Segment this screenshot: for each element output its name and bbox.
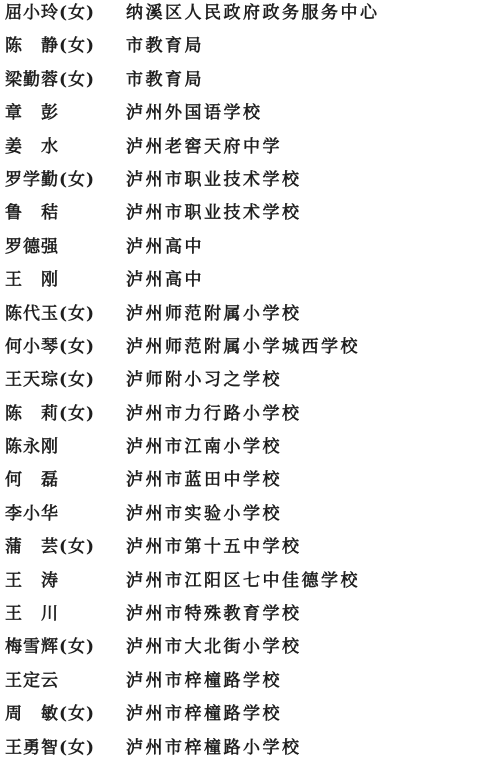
- name-unit-list: 屈小玲(女) 纳溪区人民政府政务服务中心 陈 静(女) 市教育局 梁勤蓉(女) …: [0, 0, 500, 764]
- person-name: 章 彭: [5, 97, 59, 130]
- person-name: 王勇智(女): [5, 732, 95, 764]
- list-item: 陈 静(女) 市教育局: [0, 30, 500, 63]
- person-name: 王 川: [5, 598, 59, 631]
- list-item: 梅雪辉(女) 泸州市大北街小学校: [0, 631, 500, 664]
- list-item: 陈永刚 泸州市江南小学校: [0, 431, 500, 464]
- person-name: 梁勤蓉(女): [5, 64, 95, 97]
- list-item: 李小华 泸州市实验小学校: [0, 498, 500, 531]
- list-item: 王定云 泸州市梓橦路学校: [0, 665, 500, 698]
- list-item: 梁勤蓉(女) 市教育局: [0, 64, 500, 97]
- person-name: 何 磊: [5, 464, 59, 497]
- work-unit: 泸州市梓橦路学校: [126, 665, 282, 698]
- work-unit: 泸州市梓橦路小学校: [126, 732, 302, 764]
- person-name: 罗德强: [5, 231, 59, 264]
- person-name: 屈小玲(女): [5, 0, 95, 30]
- list-item: 王 涛 泸州市江阳区七中佳德学校: [0, 565, 500, 598]
- list-item: 王 川 泸州市特殊教育学校: [0, 598, 500, 631]
- work-unit: 泸州市梓橦路学校: [126, 698, 282, 731]
- person-name: 王 刚: [5, 264, 59, 297]
- work-unit: 泸州市职业技术学校: [126, 197, 302, 230]
- work-unit: 泸州师范附属小学城西学校: [126, 331, 360, 364]
- work-unit: 泸州市实验小学校: [126, 498, 282, 531]
- list-item: 章 彭 泸州外国语学校: [0, 97, 500, 130]
- work-unit: 泸州市江阳区七中佳德学校: [126, 565, 360, 598]
- person-name: 陈永刚: [5, 431, 59, 464]
- list-item: 王勇智(女) 泸州市梓橦路小学校: [0, 732, 500, 764]
- list-item: 何 磊 泸州市蓝田中学校: [0, 464, 500, 497]
- list-item: 鲁 秸 泸州市职业技术学校: [0, 197, 500, 230]
- person-name: 蒲 芸(女): [5, 531, 95, 564]
- person-name: 王天琮(女): [5, 364, 95, 397]
- list-item: 陈 莉(女) 泸州市力行路小学校: [0, 398, 500, 431]
- work-unit: 泸州高中: [126, 264, 204, 297]
- person-name: 鲁 秸: [5, 197, 59, 230]
- list-item: 罗学勤(女) 泸州市职业技术学校: [0, 164, 500, 197]
- person-name: 周 敏(女): [5, 698, 95, 731]
- work-unit: 泸州外国语学校: [126, 97, 263, 130]
- person-name: 罗学勤(女): [5, 164, 95, 197]
- list-item: 陈代玉(女) 泸州师范附属小学校: [0, 298, 500, 331]
- list-item: 周 敏(女) 泸州市梓橦路学校: [0, 698, 500, 731]
- list-item: 王天琮(女) 泸师附小习之学校: [0, 364, 500, 397]
- work-unit: 泸州市特殊教育学校: [126, 598, 302, 631]
- person-name: 陈 莉(女): [5, 398, 95, 431]
- work-unit: 泸州老窖天府中学: [126, 131, 282, 164]
- work-unit: 泸师附小习之学校: [126, 364, 282, 397]
- work-unit: 泸州高中: [126, 231, 204, 264]
- work-unit: 泸州市江南小学校: [126, 431, 282, 464]
- person-name: 李小华: [5, 498, 59, 531]
- person-name: 梅雪辉(女): [5, 631, 95, 664]
- list-item: 姜 水 泸州老窖天府中学: [0, 131, 500, 164]
- person-name: 王定云: [5, 665, 59, 698]
- work-unit: 泸州市第十五中学校: [126, 531, 302, 564]
- work-unit: 市教育局: [126, 30, 204, 63]
- work-unit: 泸州市职业技术学校: [126, 164, 302, 197]
- work-unit: 泸州市蓝田中学校: [126, 464, 282, 497]
- person-name: 王 涛: [5, 565, 59, 598]
- list-item: 罗德强 泸州高中: [0, 231, 500, 264]
- work-unit: 泸州师范附属小学校: [126, 298, 302, 331]
- work-unit: 泸州市力行路小学校: [126, 398, 302, 431]
- work-unit: 纳溪区人民政府政务服务中心: [126, 0, 380, 30]
- list-item: 王 刚 泸州高中: [0, 264, 500, 297]
- list-item: 蒲 芸(女) 泸州市第十五中学校: [0, 531, 500, 564]
- work-unit: 市教育局: [126, 64, 204, 97]
- person-name: 陈代玉(女): [5, 298, 95, 331]
- person-name: 姜 水: [5, 131, 59, 164]
- list-item: 何小琴(女) 泸州师范附属小学城西学校: [0, 331, 500, 364]
- person-name: 何小琴(女): [5, 331, 95, 364]
- list-item: 屈小玲(女) 纳溪区人民政府政务服务中心: [0, 0, 500, 30]
- work-unit: 泸州市大北街小学校: [126, 631, 302, 664]
- person-name: 陈 静(女): [5, 30, 95, 63]
